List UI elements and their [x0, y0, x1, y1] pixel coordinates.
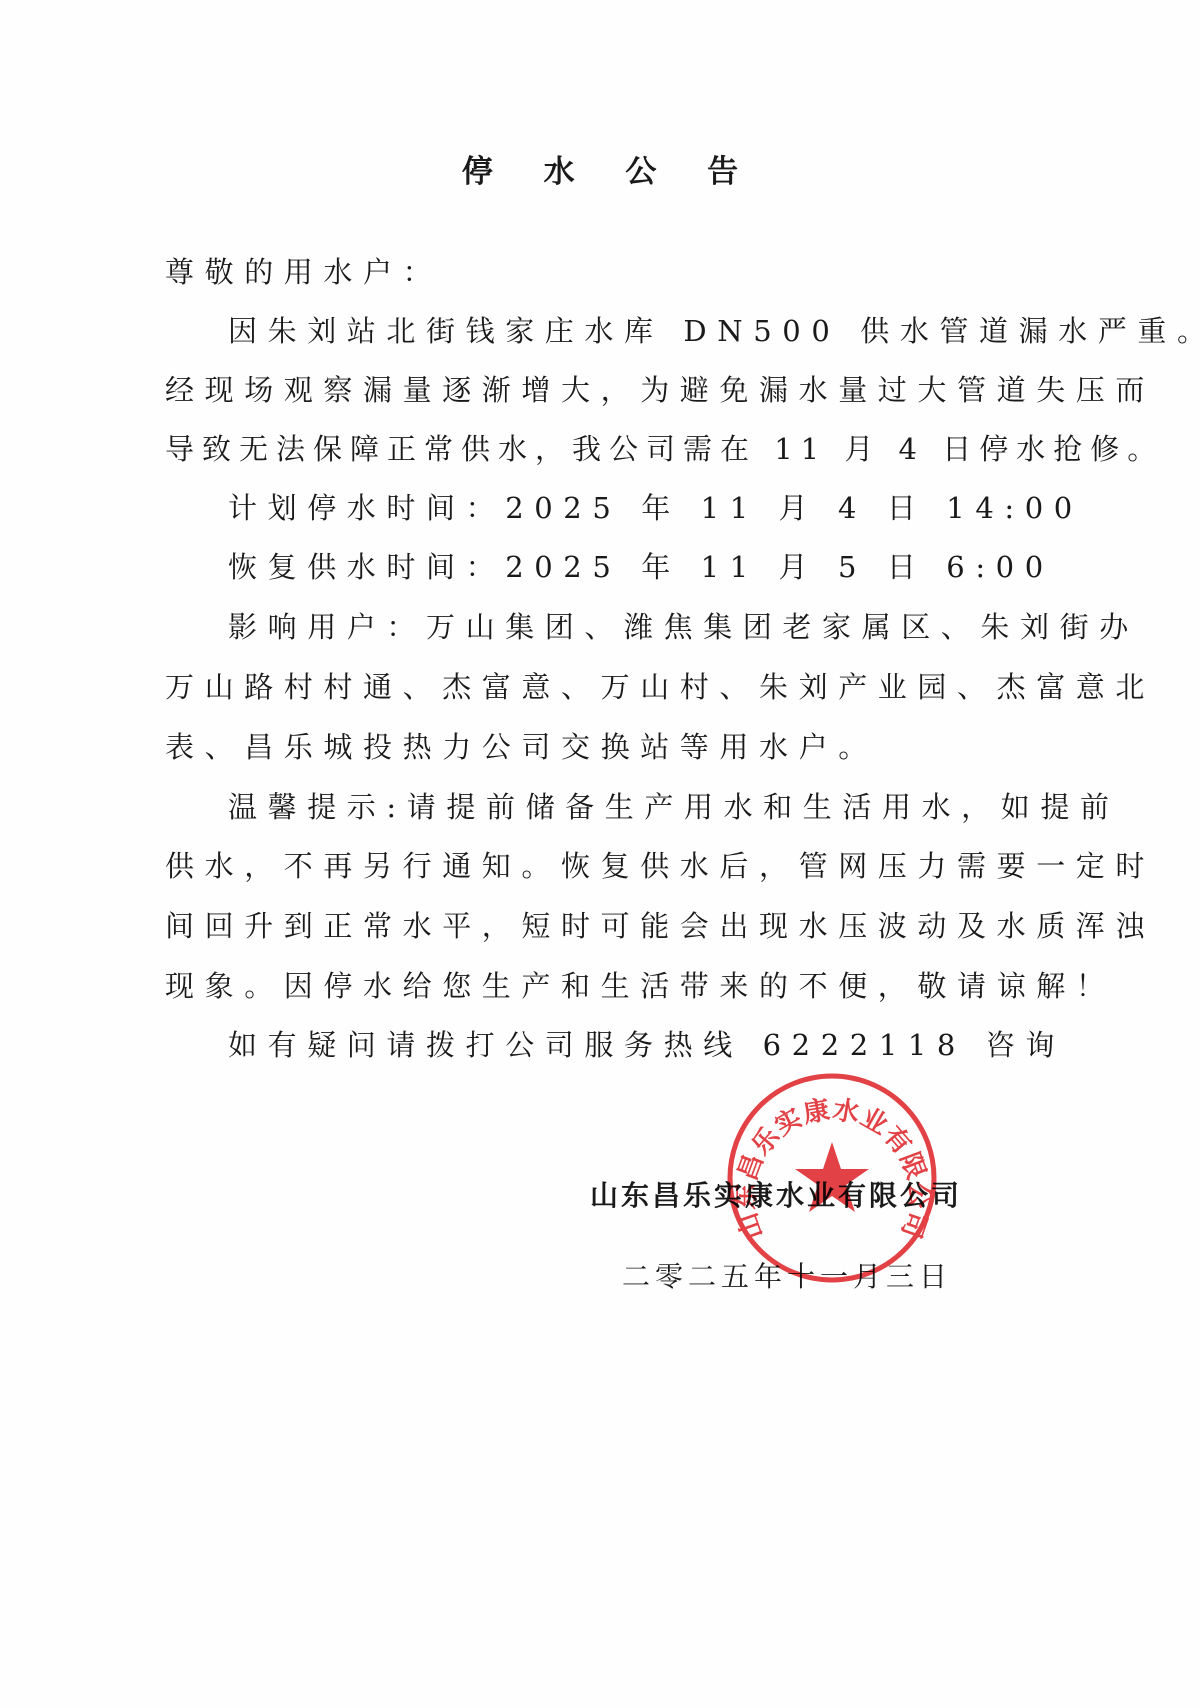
reminder-line: 温馨提示:请提前储备生产用水和生活用水，如提前 [228, 787, 1108, 827]
hotline-line: 如有疑问请拨打公司服务热线 6222118 咨询 [228, 1025, 1108, 1065]
salutation: 尊敬的用水户： [165, 252, 1045, 292]
affected-users-line: 影响用户：万山集团、潍焦集团老家属区、朱刘街办 [228, 607, 1108, 647]
reminder-line: 间回升到正常水平，短时可能会出现水压波动及水质浑浊 [165, 906, 1045, 946]
reminder-line: 供水，不再另行通知。恢复供水后，管网压力需要一定时 [165, 846, 1045, 886]
restore-time: 恢复供水时间：2025 年 11 月 5 日 6:00 [228, 547, 1108, 587]
company-seal-stamp: 山东昌乐实康水业有限公司 [724, 1070, 940, 1286]
paragraph-line: 经现场观察漏量逐渐增大，为避免漏水量过大管道失压而 [165, 370, 1045, 410]
paragraph-line: 因朱刘站北街钱家庄水库 DN500 供水管道漏水严重。 [228, 311, 1108, 351]
affected-users-line: 万山路村村通、杰富意、万山村、朱刘产业园、杰富意北 [165, 667, 1045, 707]
outage-start-time: 计划停水时间：2025 年 11 月 4 日 14:00 [228, 488, 1108, 528]
star-icon [795, 1142, 869, 1212]
notice-page: 停 水 公 告 尊敬的用水户： 因朱刘站北街钱家庄水库 DN500 供水管道漏水… [0, 0, 1200, 1708]
reminder-line: 现象。因停水给您生产和生活带来的不便，敬请谅解！ [165, 966, 1045, 1006]
affected-users-line: 表、昌乐城投热力公司交换站等用水户。 [165, 727, 1045, 767]
page-title: 停 水 公 告 [0, 152, 1200, 192]
paragraph-line: 导致无法保障正常供水，我公司需在 11 月 4 日停水抢修。 [165, 429, 1045, 469]
